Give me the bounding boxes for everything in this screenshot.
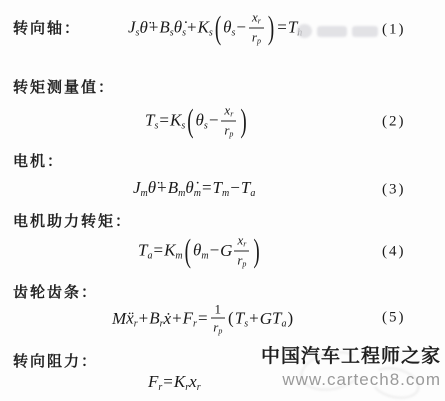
section-label-steering-shaft: 转向轴： xyxy=(13,17,81,38)
faint-watermark-mark xyxy=(297,24,312,38)
equation-rack-and-pinion: Mẍr+Brẋ+Fr=1rp(Ts+GTa) xyxy=(112,304,294,337)
faint-watermark-blur xyxy=(317,26,347,37)
section-label-rack-and-pinion: 齿轮齿条： xyxy=(13,281,98,302)
document-page: 转向轴： Jsθ̈+Bsθ̇s+Ks(θs−xrrp)=Th (1) 转矩测量值… xyxy=(0,0,445,401)
section-label-motor-assist-torque: 电机助力转矩： xyxy=(13,210,132,231)
equation-steering-resistance: Fr=Krxr xyxy=(148,373,201,393)
equation-steering-shaft: Jsθ̈+Bsθ̇s+Ks(θs−xrrp)=Th xyxy=(128,12,302,47)
faint-watermark xyxy=(297,22,383,40)
equation-number-1: (1) xyxy=(382,22,406,39)
site-watermark-url: www.cartech8.com xyxy=(261,371,441,390)
equation-torque-measurement: Ts=Ks(θs−xrrp) xyxy=(145,105,249,140)
site-watermark-name: 中国汽车工程师之家 xyxy=(261,347,441,368)
equation-number-5: (5) xyxy=(382,310,406,327)
equation-number-2: (2) xyxy=(382,114,406,131)
site-watermark: 中国汽车工程师之家 www.cartech8.com xyxy=(261,347,441,390)
section-label-steering-resistance: 转向阻力： xyxy=(13,350,98,371)
section-label-torque-measurement: 转矩测量值： xyxy=(13,76,115,97)
equation-motor: Jmθ̈+Bmθ̇m=Tm−Ta xyxy=(133,179,255,199)
equation-number-3: (3) xyxy=(382,182,406,199)
faint-watermark-blur xyxy=(352,26,378,37)
section-label-motor: 电机： xyxy=(13,150,64,171)
equation-number-4: (4) xyxy=(382,244,406,261)
equation-motor-assist-torque: Ta=Km(θm−Gxrrp) xyxy=(138,235,262,270)
